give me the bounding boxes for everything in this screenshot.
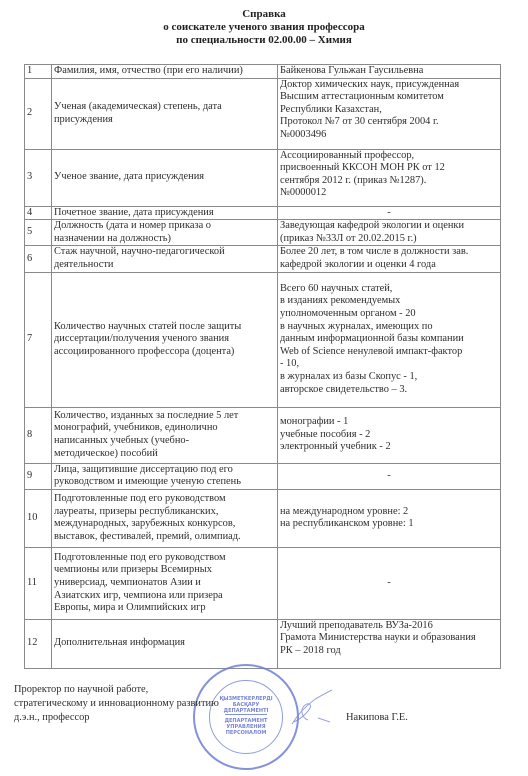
row-value-line: в научных журналах, имеющих по [280, 321, 498, 334]
row-value: - [278, 547, 501, 619]
row-value-line: кафедрой экологии и оценки 4 года [280, 259, 498, 272]
row-value-line: - [280, 577, 498, 590]
signer-position-line-3: д.э.н., профессор [14, 711, 219, 725]
row-value: Заведующая кафедрой экологии и оценки(пр… [278, 220, 501, 246]
row-number: 7 [25, 272, 52, 407]
row-label: Почетное звание, дата присуждения [52, 206, 278, 220]
table-row: 8Количество, изданных за последние 5 лет… [25, 407, 501, 463]
row-value: Доктор химических наук, присужденнаяВысш… [278, 78, 501, 149]
row-label: Стаж научной, научно-педагогическойдеяте… [52, 246, 278, 272]
row-label-line: Фамилия, имя, отчество (при его наличии) [54, 65, 275, 78]
row-label-line: Количество научных статей после защиты [54, 321, 275, 334]
row-value-line: электронный учебник - 2 [280, 441, 498, 454]
row-label: Количество научных статей после защитыди… [52, 272, 278, 407]
document-title: Справка [0, 8, 528, 21]
row-label: Ученое звание, дата присуждения [52, 149, 278, 206]
row-value: Ассоциированный профессор,присвоенный КК… [278, 149, 501, 206]
row-value: Всего 60 научных статей,в изданиях реком… [278, 272, 501, 407]
row-number: 9 [25, 463, 52, 489]
row-value-line: сентября 2012 г. (приказ №1287). [280, 175, 498, 188]
document-specialty: по специальности 02.00.00 – Химия [0, 34, 528, 47]
row-value-line: Более 20 лет, в том числе в должности за… [280, 246, 498, 259]
row-value-line: Ассоциированный профессор, [280, 150, 498, 163]
row-value-line: на международном уровне: 2 [280, 506, 498, 519]
row-label-line: Азиатских игр, чемпиона или призера [54, 590, 275, 603]
table-row: 12Дополнительная информацияЛучший препод… [25, 619, 501, 668]
document-header: Справка о соискателе ученого звания проф… [0, 8, 528, 47]
row-label: Подготовленные под его руководствомлауре… [52, 489, 278, 547]
row-label-line: лауреаты, призеры республиканских, [54, 506, 275, 519]
row-value-line: на республиканском уровне: 1 [280, 518, 498, 531]
signer-position-line-2: стратегическому и инновационному развити… [14, 697, 219, 711]
row-label-line: присуждения [54, 114, 275, 127]
row-label-line: Количество, изданных за последние 5 лет [54, 410, 275, 423]
row-label-line: написанных учебных (учебно- [54, 435, 275, 448]
row-label: Ученая (академическая) степень, датаприс… [52, 78, 278, 149]
row-label-line: диссертации/получения ученого звания [54, 333, 275, 346]
table-row: 2Ученая (академическая) степень, датапри… [25, 78, 501, 149]
row-label: Лица, защитившие диссертацию под егоруко… [52, 463, 278, 489]
row-value-line: в журналах из базы Скопус - 1, [280, 371, 498, 384]
row-number: 4 [25, 206, 52, 220]
table-row: 6Стаж научной, научно-педагогическойдеят… [25, 246, 501, 272]
row-value-line: присвоенный ККСОН МОН РК от 12 [280, 162, 498, 175]
row-value-line: №0000012 [280, 187, 498, 200]
row-label-line: Почетное звание, дата присуждения [54, 207, 275, 220]
row-number: 2 [25, 78, 52, 149]
row-number: 12 [25, 619, 52, 668]
row-label-line: монографий, учебников, единолично [54, 422, 275, 435]
row-label-line: Дополнительная информация [54, 637, 275, 650]
row-label: Подготовленные под его руководствомчемпи… [52, 547, 278, 619]
row-value-line: Высшим аттестационным комитетом [280, 91, 498, 104]
row-label-line: назначении на должность) [54, 233, 275, 246]
stamp-divider [225, 714, 267, 715]
row-value: - [278, 206, 501, 220]
row-value-line: уполномоченным органом - 20 [280, 308, 498, 321]
row-value-line: - [280, 207, 498, 220]
row-number: 8 [25, 407, 52, 463]
table-row: 9Лица, защитившие диссертацию под егорук… [25, 463, 501, 489]
table-row: 11Подготовленные под его руководствомчем… [25, 547, 501, 619]
row-value: на международном уровне: 2на республикан… [278, 489, 501, 547]
row-value-line: Заведующая кафедрой экологии и оценки [280, 220, 498, 233]
table-row: 10Подготовленные под его руководствомлау… [25, 489, 501, 547]
row-label-line: деятельности [54, 259, 275, 272]
row-label-line: чемпионы или призеры Всемирных [54, 564, 275, 577]
signer-position: Проректор по научной работе, стратегичес… [14, 683, 219, 725]
row-label: Дополнительная информация [52, 619, 278, 668]
row-value-line: Байкенова Гульжан Гаусильевна [280, 65, 498, 78]
row-number: 5 [25, 220, 52, 246]
row-value-line: данным информационной базы компании [280, 333, 498, 346]
row-value-line: учебные пособия - 2 [280, 429, 498, 442]
row-value-line: РК – 2018 год [280, 645, 498, 658]
row-value-line: Лучший преподаватель ВУЗа-2016 [280, 620, 498, 633]
table-row: 1Фамилия, имя, отчество (при его наличии… [25, 65, 501, 79]
row-label-line: Лица, защитившие диссертацию под его [54, 464, 275, 477]
table-row: 5Должность (дата и номер приказа оназнач… [25, 220, 501, 246]
row-label: Фамилия, имя, отчество (при его наличии) [52, 65, 278, 79]
row-value: монографии - 1учебные пособия - 2электро… [278, 407, 501, 463]
row-value-line: в изданиях рекомендуемых [280, 295, 498, 308]
row-number: 11 [25, 547, 52, 619]
row-value-line: Протокол №7 от 30 сентября 2004 г. [280, 116, 498, 129]
table-row: 7Количество научных статей после защитыд… [25, 272, 501, 407]
row-label: Должность (дата и номер приказа оназначе… [52, 220, 278, 246]
row-value-line: Республики Казахстан, [280, 104, 498, 117]
row-value-line: №0003496 [280, 129, 498, 142]
table-row: 3Ученое звание, дата присуждения Ассоции… [25, 149, 501, 206]
row-label: Количество, изданных за последние 5 летм… [52, 407, 278, 463]
signer-name: Накипова Г.Е. [346, 712, 408, 723]
table-row: 4Почетное звание, дата присуждения- [25, 206, 501, 220]
row-value: Лучший преподаватель ВУЗа-2016Грамота Ми… [278, 619, 501, 668]
row-number: 10 [25, 489, 52, 547]
row-label-line: международных, зарубежных конкурсов, [54, 518, 275, 531]
row-value-line: Грамота Министерства науки и образования [280, 632, 498, 645]
row-label-line: Подготовленные под его руководством [54, 493, 275, 506]
stamp-line-6: ПЕРСОНАЛОМ [195, 730, 297, 736]
row-value: Байкенова Гульжан Гаусильевна [278, 65, 501, 79]
row-value-line: Доктор химических наук, присужденная [280, 79, 498, 92]
row-label-line: Ученое звание, дата присуждения [54, 171, 275, 184]
row-label-line: выставок, фестивалей, премий, олимпиад. [54, 531, 275, 544]
row-value: Более 20 лет, в том числе в должности за… [278, 246, 501, 272]
row-value-line: (приказ №33Л от 20.02.2015 г.) [280, 233, 498, 246]
signature-icon [288, 688, 334, 728]
row-label-line: универсиад, чемпионатов Азии и [54, 577, 275, 590]
document-subtitle: о соискателе ученого звания профессора [0, 21, 528, 34]
row-number: 3 [25, 149, 52, 206]
row-label-line: Стаж научной, научно-педагогической [54, 246, 275, 259]
applicant-info-table: 1Фамилия, имя, отчество (при его наличии… [24, 64, 501, 669]
row-label-line: методическое) пособий [54, 448, 275, 461]
row-label-line: Ученая (академическая) степень, дата [54, 101, 275, 114]
row-value-line: монографии - 1 [280, 416, 498, 429]
row-label-line: Должность (дата и номер приказа о [54, 220, 275, 233]
row-value-line: - 10, [280, 358, 498, 371]
signer-position-line-1: Проректор по научной работе, [14, 683, 219, 697]
stamp-inner-ring [209, 680, 283, 754]
row-number: 1 [25, 65, 52, 79]
row-value-line: - [280, 470, 498, 483]
row-label-line: Подготовленные под его руководством [54, 552, 275, 565]
row-value-line: Web of Science ненулевой импакт-фактор [280, 346, 498, 359]
row-value-line: Всего 60 научных статей, [280, 283, 498, 296]
row-value-line: авторское свидетельство – 3. [280, 384, 498, 397]
row-value: - [278, 463, 501, 489]
row-label-line: Европы, мира и Олимпийских игр [54, 602, 275, 615]
row-label-line: ассоциированного профессора (доцента) [54, 346, 275, 359]
row-number: 6 [25, 246, 52, 272]
row-label-line: руководством и имеющие ученую степень [54, 476, 275, 489]
